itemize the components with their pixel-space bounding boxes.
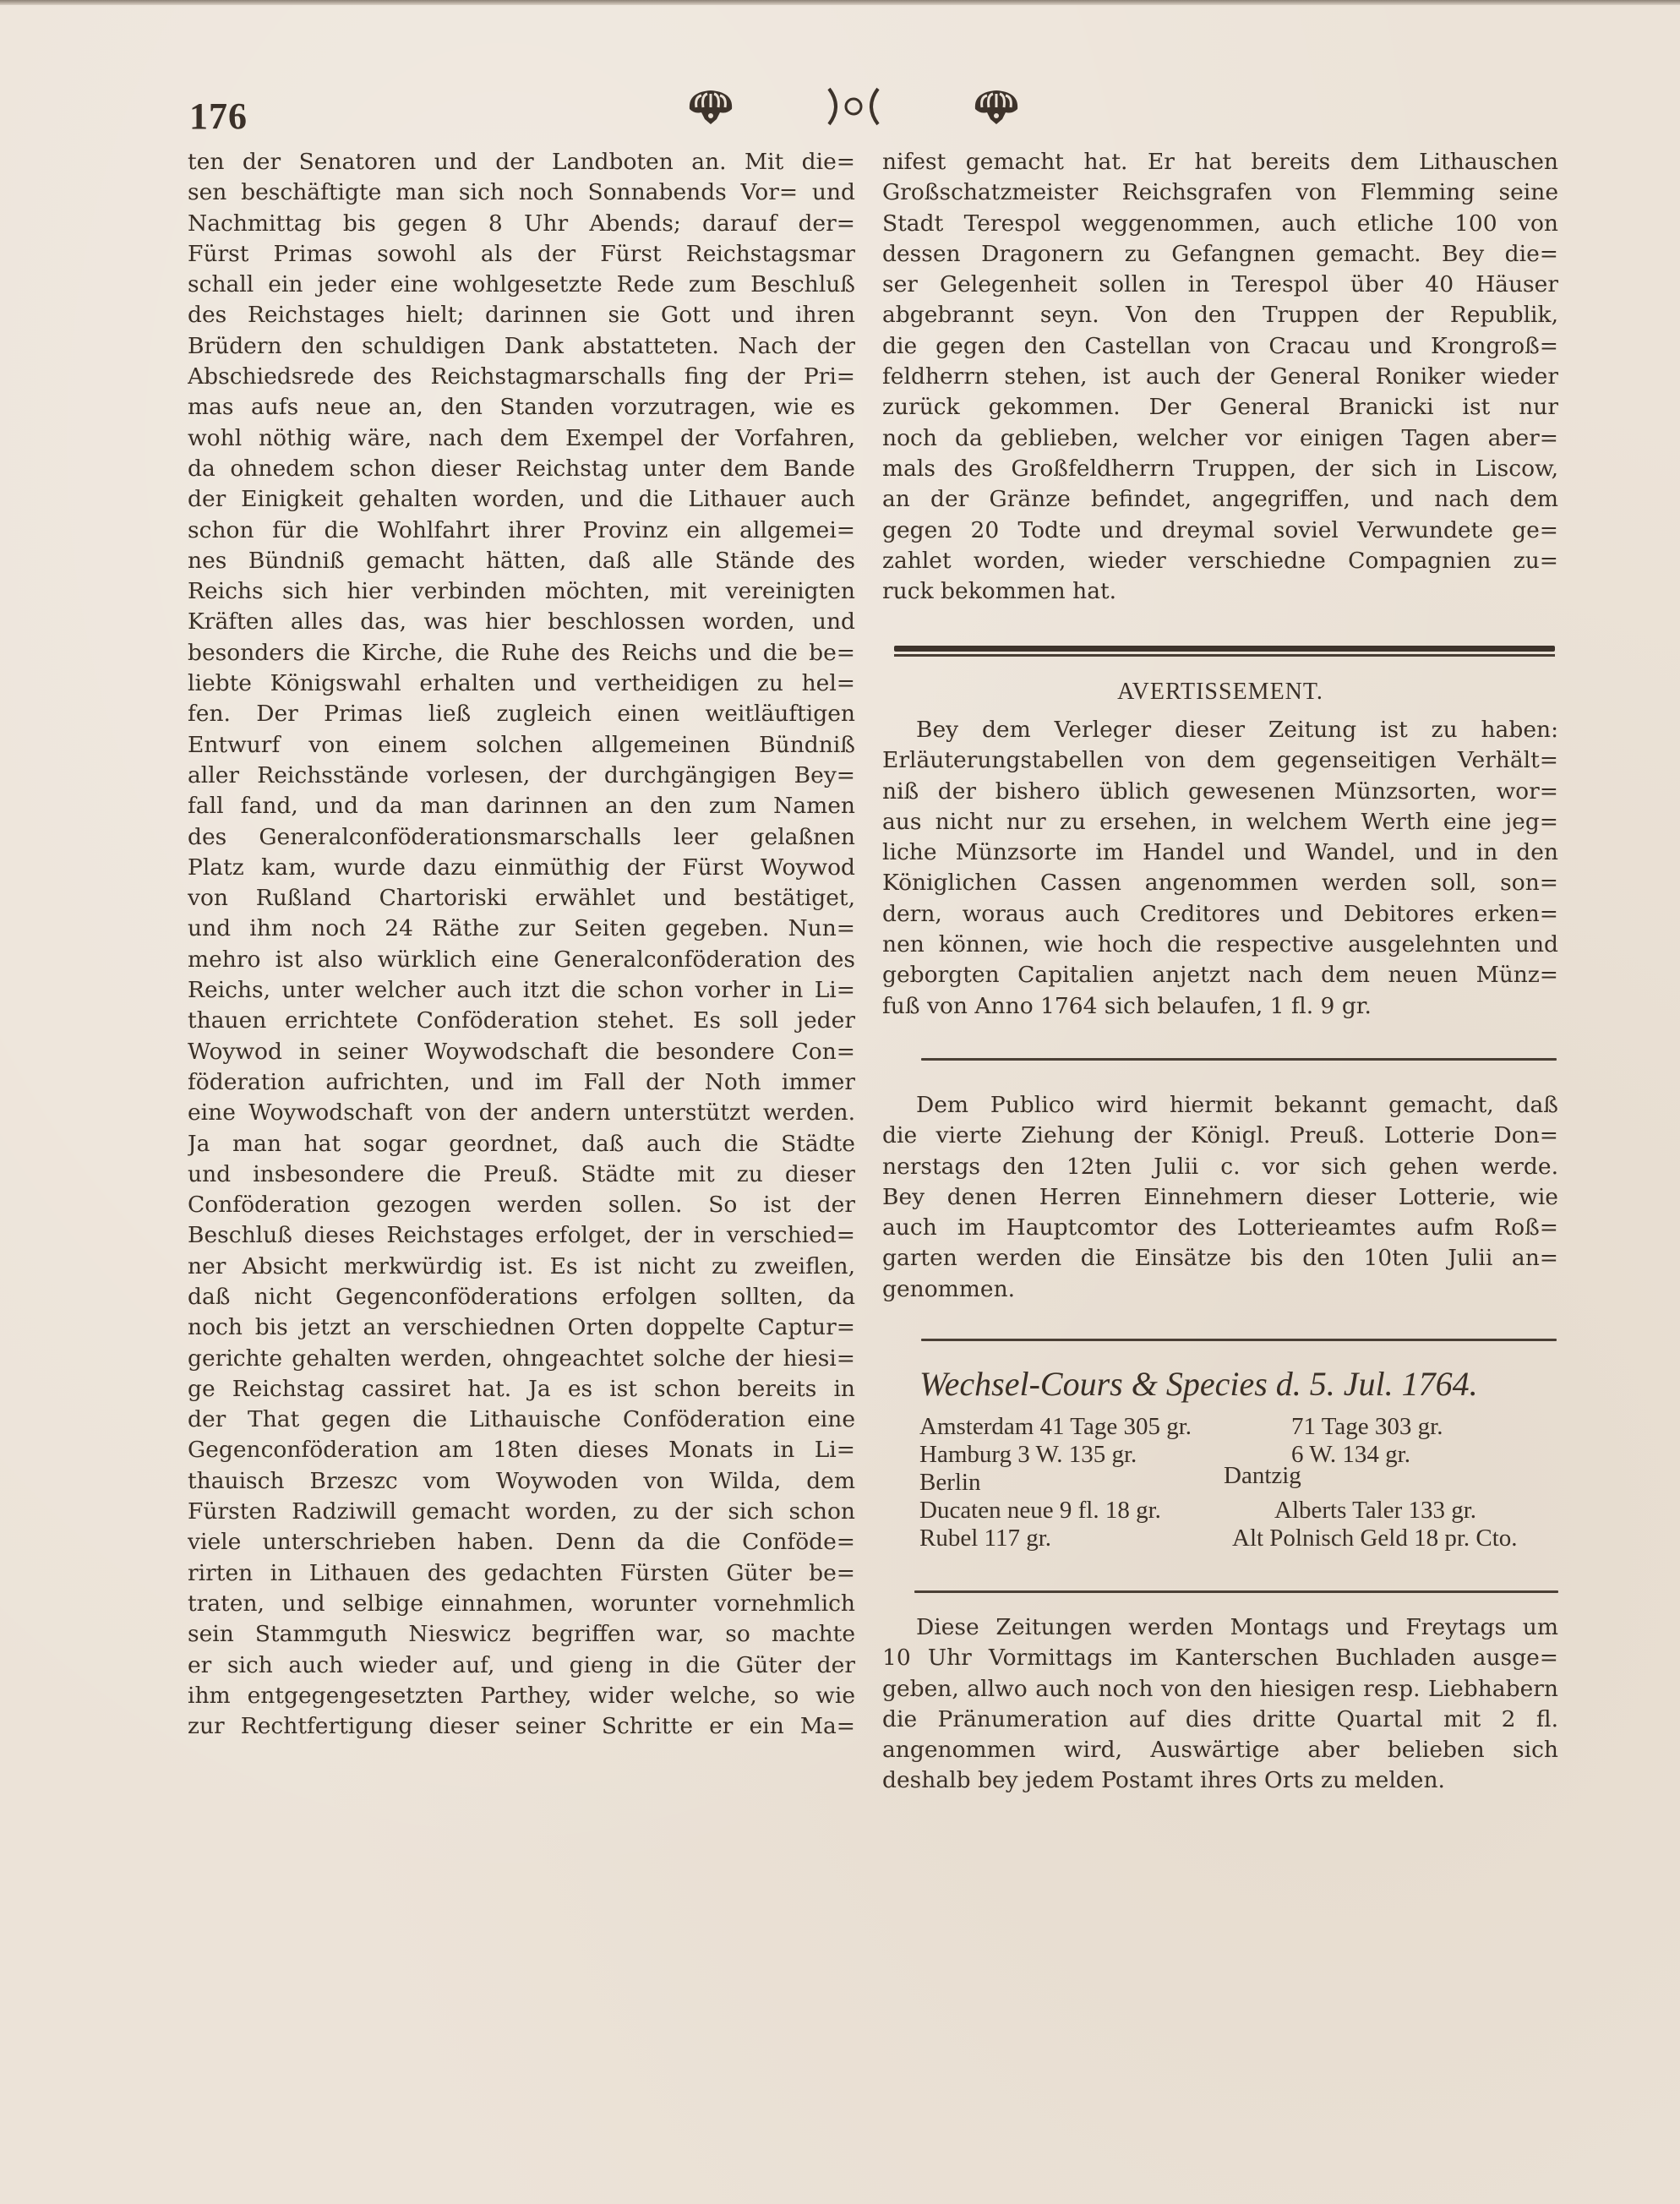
text-line: Erläuterungstabellen von dem gegenseitig… <box>882 745 1558 776</box>
text-line: noch bis jetzt an verschiednen Orten dop… <box>188 1312 855 1343</box>
exchange-rates-table: Amsterdam 41 Tage 305 gr.71 Tage 303 gr.… <box>919 1413 1579 1552</box>
text-line: föderation aufrichten, und im Fall der N… <box>188 1067 855 1098</box>
text-line: die vierte Ziehung der Königl. Preuß. Lo… <box>882 1121 1558 1151</box>
text-line: fuß von Anno 1764 sich belaufen, 1 fl. 9… <box>882 991 1558 1022</box>
text-line: rirten in Lithauen des gedachten Fürsten… <box>188 1558 855 1589</box>
text-line: 10 Uhr Vormittags im Kanterschen Buchlad… <box>882 1643 1558 1673</box>
exchange-right-cell: 6 W. 134 gr. <box>1291 1441 1410 1468</box>
text-line: nes Bündniß gemacht hätten, daß alle Stä… <box>188 546 855 576</box>
exchange-row: Ducaten neue 9 fl. 18 gr.Alberts Taler 1… <box>919 1497 1579 1525</box>
page-top-edge <box>0 0 1680 5</box>
publication-notice: Diese Zeitungen werden Montags und Freyt… <box>882 1612 1558 1797</box>
section-divider <box>921 1058 1557 1061</box>
exchange-right-cell: Dantzig <box>1224 1462 1301 1489</box>
text-line: niß der bishero üblich gewesenen Münzsor… <box>882 777 1558 807</box>
text-line: deshalb bey jedem Postamt ihres Orts zu … <box>882 1765 1558 1796</box>
text-line: Kräften alles das, was hier beschlossen … <box>188 607 855 637</box>
exchange-row: Rubel 117 gr.Alt Polnisch Geld 18 pr. Ct… <box>919 1525 1579 1552</box>
text-line: Conföderation gezogen werden sollen. So … <box>188 1190 855 1220</box>
exchange-left-cell: Hamburg 3 W. 135 gr. <box>919 1441 1137 1468</box>
left-column-article: ten der Senatoren und der Landboten an. … <box>188 147 855 1742</box>
text-line: ner Absicht merkwürdig ist. Es ist nicht… <box>188 1252 855 1282</box>
text-line: Beschluß dieses Reichstages erfolget, de… <box>188 1220 855 1251</box>
section-divider <box>921 1339 1557 1341</box>
exchange-right-cell: 71 Tage 303 gr. <box>1291 1413 1443 1440</box>
text-line: viele unterschrieben haben. Denn da die … <box>188 1527 855 1558</box>
text-line: gerichte gehalten werden, ohngeachtet so… <box>188 1344 855 1374</box>
text-line: sen beschäftigte man sich noch Sonnabend… <box>188 177 855 208</box>
exchange-row: BerlinDantzig <box>919 1469 1579 1497</box>
text-line: daß nicht Gegenconföderations erfolgen s… <box>188 1282 855 1312</box>
text-line: die Pränumeration auf dies dritte Quarta… <box>882 1705 1558 1735</box>
text-line: Ja man hat sogar geordnet, daß auch die … <box>188 1129 855 1159</box>
text-line: Königlichen Cassen angenommen werden sol… <box>882 868 1558 898</box>
shell-ornament-icon <box>970 85 1023 128</box>
text-line: nerstags den 12ten Julii c. vor sich geh… <box>882 1152 1558 1182</box>
text-line: des Reichstages hielt; darinnen sie Gott… <box>188 300 855 330</box>
text-line: genommen. <box>882 1274 1558 1305</box>
exchange-left-cell: Berlin <box>919 1469 981 1496</box>
text-line: mals des Großfeldherrn Truppen, der sich… <box>882 454 1558 484</box>
avertissement-body: Bey dem Verleger dieser Zeitung ist zu h… <box>882 715 1558 1022</box>
text-line: wohl nöthig wäre, nach dem Exempel der V… <box>188 423 855 454</box>
text-line: Abschiedsrede des Reichstagmarschalls fi… <box>188 362 855 392</box>
exchange-rates-title: Wechsel-Cours & Species d. 5. Jul. 1764. <box>919 1364 1579 1404</box>
text-line: Stadt Terespol weggenommen, auch etliche… <box>882 209 1558 239</box>
exchange-right-cell: Alt Polnisch Geld 18 pr. Cto. <box>1232 1525 1518 1552</box>
text-line: zur Rechtfertigung dieser seiner Schritt… <box>188 1711 855 1742</box>
text-line: thauen errichtete Conföderation stehet. … <box>188 1006 855 1036</box>
text-line: Entwurf von einem solchen allgemeinen Bü… <box>188 730 855 761</box>
text-line: Dem Publico wird hiermit bekannt gemacht… <box>882 1090 1558 1121</box>
text-line: der That gegen die Lithauische Confödera… <box>188 1405 855 1435</box>
text-line: nifest gemacht hat. Er hat bereits dem L… <box>882 147 1558 177</box>
header-ornaments <box>685 81 1023 132</box>
text-line: Fürst Primas sowohl als der Fürst Reichs… <box>188 239 855 270</box>
text-line: Bey denen Herren Einnehmern dieser Lotte… <box>882 1182 1558 1213</box>
lottery-notice: Dem Publico wird hiermit bekannt gemacht… <box>882 1090 1558 1305</box>
text-line: besonders die Kirche, die Ruhe des Reich… <box>188 638 855 668</box>
text-line: an der Gränze befindet, angegriffen, und… <box>882 484 1558 515</box>
text-line: da ohnedem schon dieser Reichstag unter … <box>188 454 855 484</box>
text-line: abgebrannt seyn. Von den Truppen der Rep… <box>882 300 1558 330</box>
text-line: mehro ist also würklich eine Generalconf… <box>188 945 855 975</box>
text-line: eine Woywodschaft von der andern unterst… <box>188 1098 855 1128</box>
text-line: zahlet worden, wieder verschiedne Compag… <box>882 546 1558 576</box>
text-line: er sich auch wieder auf, und gieng in di… <box>188 1650 855 1681</box>
text-line: ruck bekommen hat. <box>882 576 1558 607</box>
moon-ornament-icon <box>824 84 883 129</box>
text-line: geborgten Capitalien anjetzt nach dem ne… <box>882 960 1558 990</box>
text-line: ser Gelegenheit sollen in Terespol über … <box>882 270 1558 300</box>
text-line: der Einigkeit gehalten worden, und die L… <box>188 484 855 515</box>
text-line: dern, woraus auch Creditores und Debitor… <box>882 899 1558 930</box>
text-line: schon für die Wohlfahrt ihrer Provinz ei… <box>188 516 855 546</box>
text-line: Bey dem Verleger dieser Zeitung ist zu h… <box>882 715 1558 745</box>
text-line: von Rußland Chartoriski erwählet und bes… <box>188 883 855 914</box>
exchange-row: Amsterdam 41 Tage 305 gr.71 Tage 303 gr. <box>919 1413 1579 1441</box>
text-line: geben, allwo auch noch von den hiesigen … <box>882 1674 1558 1705</box>
text-line: ihm entgegengesetzten Parthey, wider wel… <box>188 1681 855 1711</box>
text-line: liebte Königswahl erhalten und vertheidi… <box>188 668 855 699</box>
page-number: 176 <box>189 95 248 138</box>
text-line: Fürsten Radziwill gemacht worden, zu der… <box>188 1497 855 1527</box>
text-line: auch im Hauptcomtor des Lotterieamtes au… <box>882 1213 1558 1243</box>
text-line: thauisch Brzeszc vom Woywoden von Wilda,… <box>188 1466 855 1497</box>
text-line: traten, und selbige einnahmen, worunter … <box>188 1589 855 1619</box>
text-line: noch da geblieben, welcher vor einigen T… <box>882 423 1558 454</box>
exchange-left-cell: Ducaten neue 9 fl. 18 gr. <box>919 1497 1161 1524</box>
text-line: und insbesondere die Preuß. Städte mit z… <box>188 1159 855 1190</box>
section-divider <box>914 1590 1558 1593</box>
text-line: angenommen wird, Auswärtige aber beliebe… <box>882 1735 1558 1765</box>
text-line: ge Reichstag cassiret hat. Ja es ist sch… <box>188 1374 855 1405</box>
right-column-article: nifest gemacht hat. Er hat bereits dem L… <box>882 147 1558 607</box>
text-line: feldherrn stehen, ist auch der General R… <box>882 362 1558 392</box>
text-line: Nachmittag bis gegen 8 Uhr Abends; darau… <box>188 209 855 239</box>
text-line: gegen 20 Todte und dreymal soviel Verwun… <box>882 516 1558 546</box>
text-line: des Generalconföderationsmarschalls leer… <box>188 822 855 853</box>
text-line: fen. Der Primas ließ zugleich einen weit… <box>188 699 855 729</box>
text-line: die gegen den Castellan von Cracau und K… <box>882 331 1558 362</box>
text-line: Platz kam, wurde dazu einmüthig der Fürs… <box>188 853 855 883</box>
text-line: liche Münzsorte im Handel und Wandel, un… <box>882 837 1558 868</box>
text-line: zurück gekommen. Der General Branicki is… <box>882 392 1558 423</box>
text-line: dessen Dragonern zu Gefangnen gemacht. B… <box>882 239 1558 270</box>
text-line: nen können, wie hoch die respective ausg… <box>882 930 1558 960</box>
shell-ornament-icon <box>685 85 737 128</box>
text-line: aller Reichsstände vorlesen, der durchgä… <box>188 761 855 791</box>
avertissement-heading: AVERTISSEMENT. <box>882 679 1558 706</box>
text-line: garten werden die Einsätze bis den 10ten… <box>882 1243 1558 1274</box>
text-line: Großschatzmeister Reichsgrafen von Flemm… <box>882 177 1558 208</box>
text-line: aus nicht nur zu ersehen, in welchem Wer… <box>882 807 1558 837</box>
text-line: fall fand, und da man darinnen an den zu… <box>188 791 855 821</box>
exchange-left-cell: Amsterdam 41 Tage 305 gr. <box>919 1413 1192 1440</box>
text-line: schall ein jeder eine wohlgesetzte Rede … <box>188 270 855 300</box>
section-divider-heavy <box>894 646 1555 659</box>
text-line: ten der Senatoren und der Landboten an. … <box>188 147 855 177</box>
text-line: sein Stammguth Nieswicz begriffen war, s… <box>188 1619 855 1650</box>
text-line: Reichs sich hier verbinden möchten, mit … <box>188 576 855 607</box>
text-line: Brüdern den schuldigen Dank abstatteten.… <box>188 331 855 362</box>
text-line: Woywod in seiner Woywodschaft die besond… <box>188 1037 855 1067</box>
exchange-left-cell: Rubel 117 gr. <box>919 1525 1051 1552</box>
text-line: Reichs, unter welcher auch itzt die scho… <box>188 975 855 1006</box>
text-line: Diese Zeitungen werden Montags und Freyt… <box>882 1612 1558 1643</box>
exchange-right-cell: Alberts Taler 133 gr. <box>1274 1497 1476 1524</box>
text-line: Gegenconföderation am 18ten dieses Monat… <box>188 1435 855 1465</box>
text-line: und ihm noch 24 Räthe zur Seiten gegeben… <box>188 914 855 944</box>
text-line: mas aufs neue an, den Standen vorzutrage… <box>188 392 855 423</box>
